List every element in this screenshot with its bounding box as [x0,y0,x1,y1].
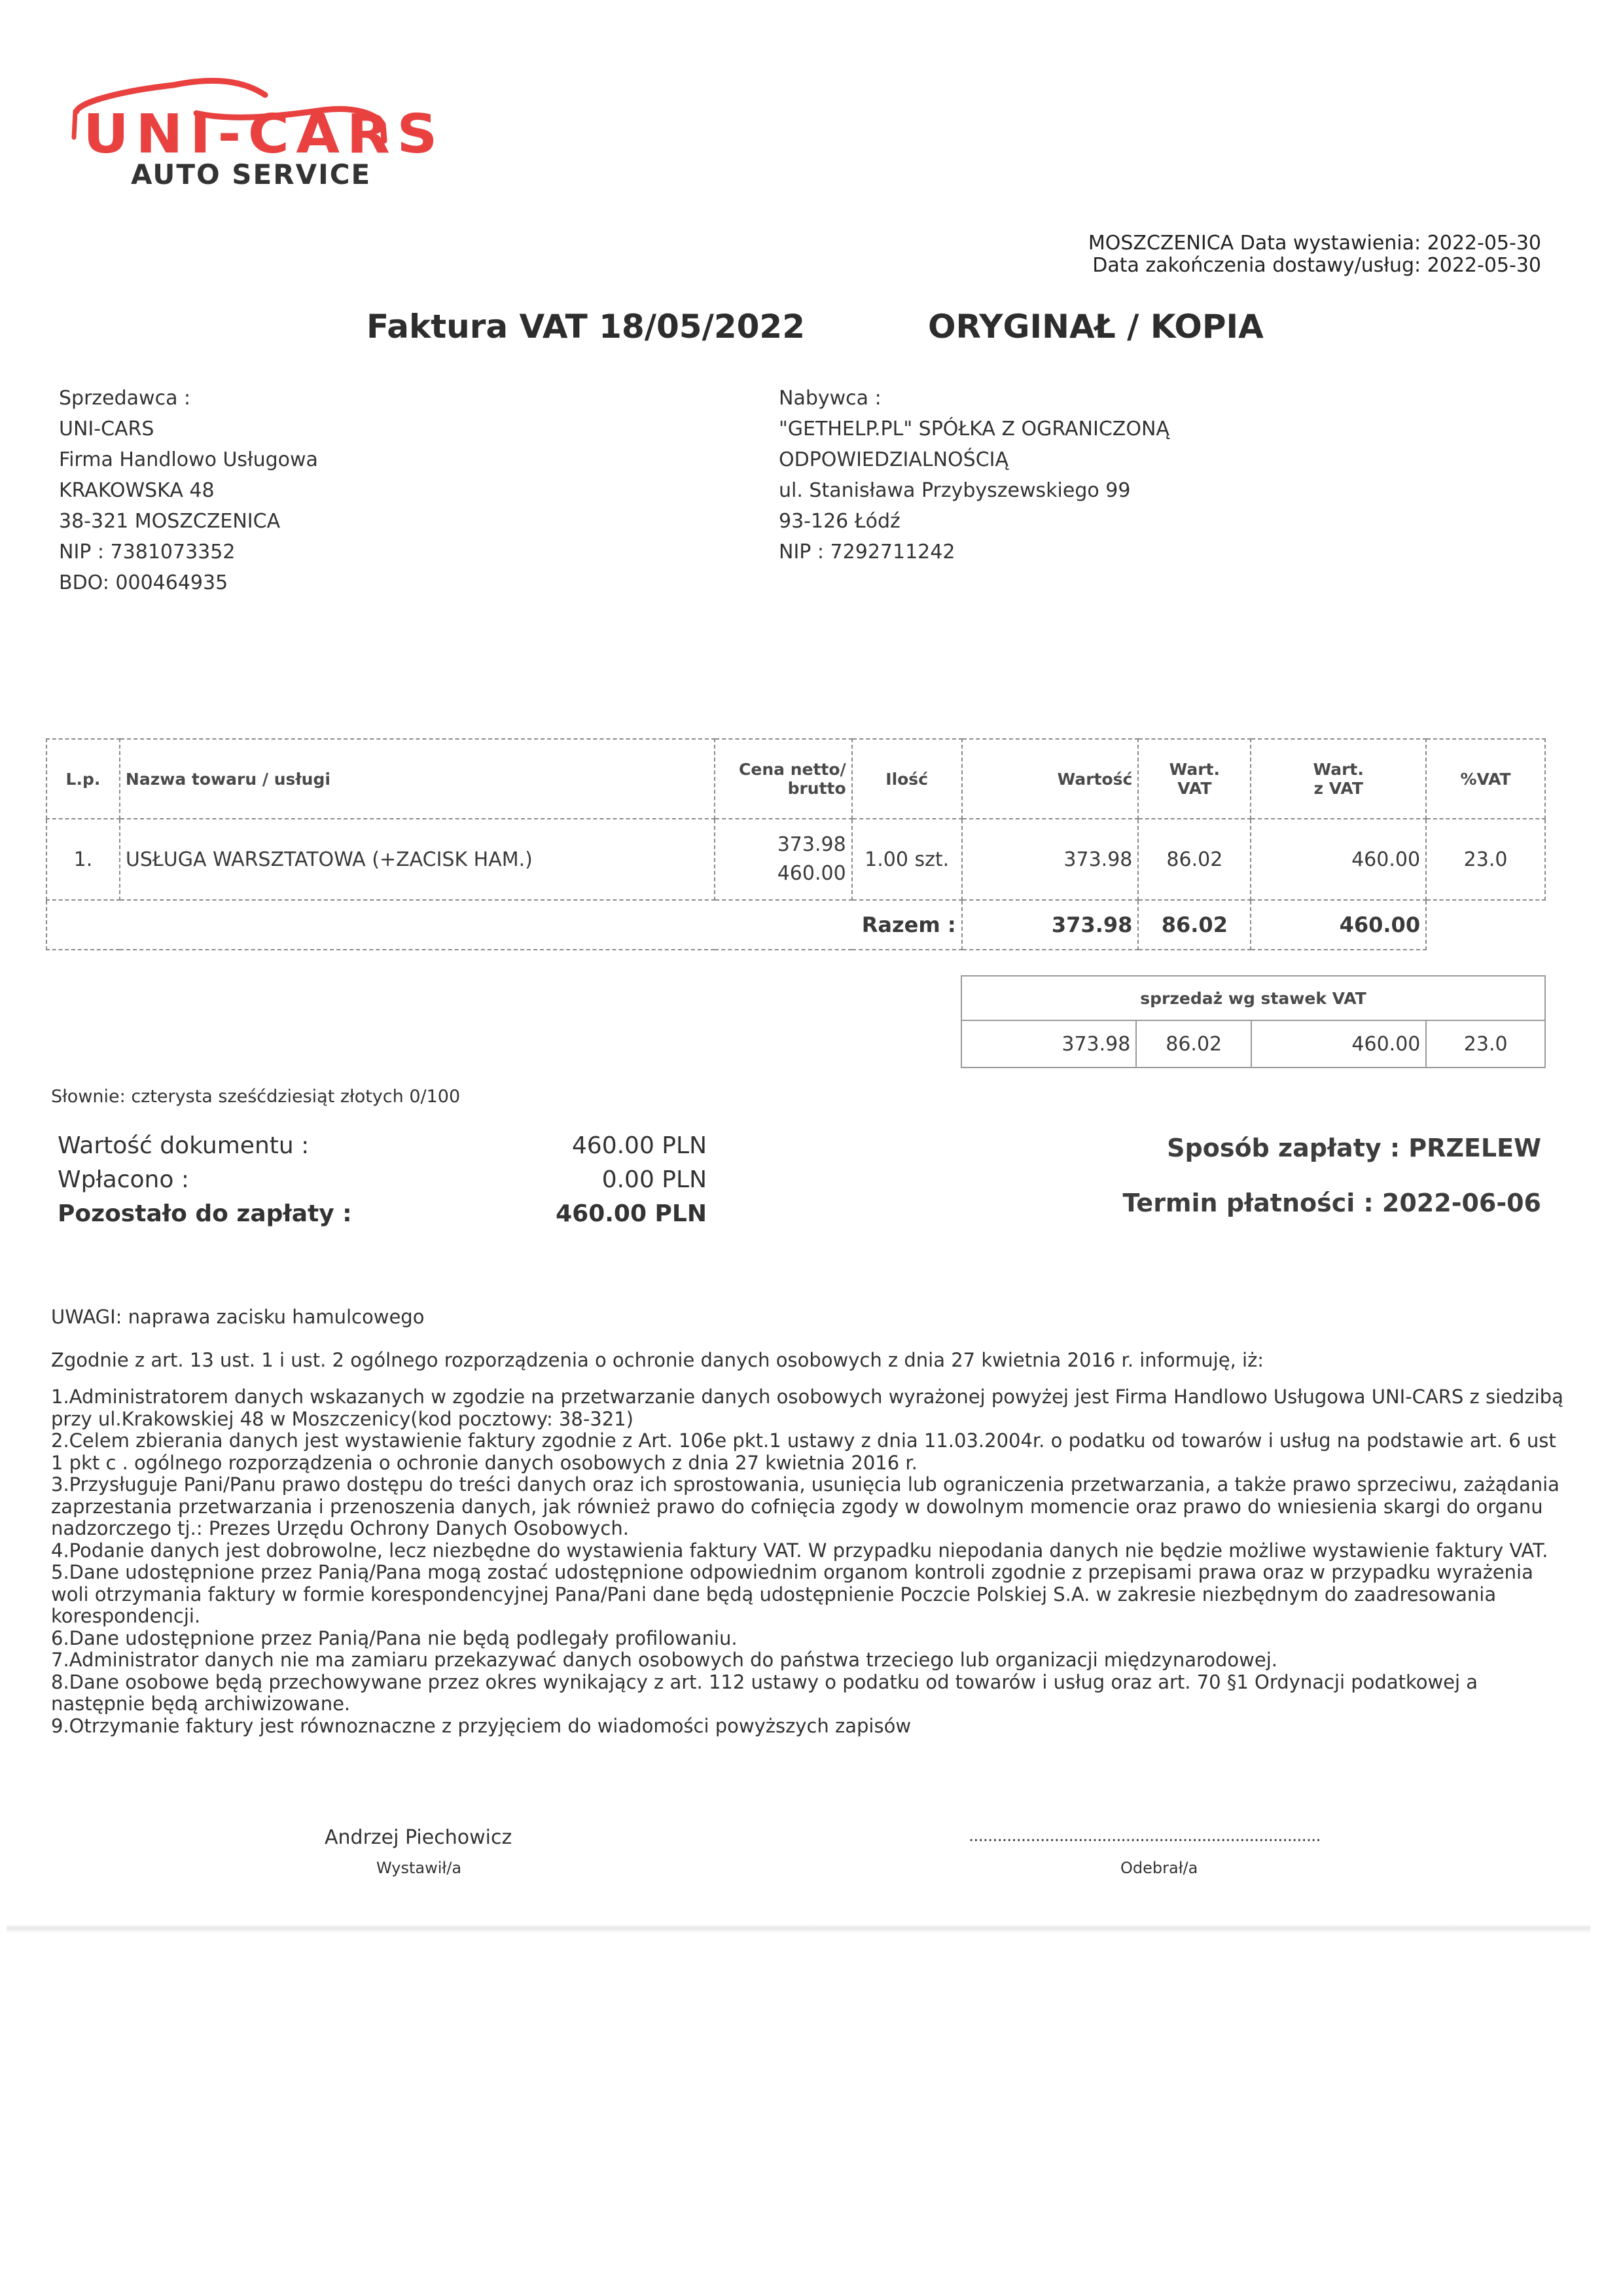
buyer-line: "GETHELP.PL" SPÓŁKA Z OGRANICZONĄ [779,414,1169,444]
table-row: 1. USŁUGA WARSZTATOWA (+ZACISK HAM.) 373… [46,819,1545,900]
vat-summary-net: 373.98 [961,1020,1136,1067]
total-value: 373.98 [962,900,1139,950]
buyer-label: Nabywca : [779,383,1169,414]
due-value: 460.00 PLN [497,1197,707,1231]
vat-summary-gross: 460.00 [1251,1020,1426,1067]
logo-wordmark: UNI-CARS [83,103,444,166]
vat-summary-title: sprzedaż wg stawek VAT [961,976,1545,1020]
cell-name: USŁUGA WARSZTATOWA (+ZACISK HAM.) [120,819,715,900]
gdpr-clause: 7.Administrator danych nie ma zamiaru pr… [51,1649,1569,1672]
gdpr-clause: 9.Otrzymanie faktury jest równoznaczne z… [51,1715,1569,1738]
header-name: Nazwa towaru / usługi [120,739,715,819]
vat-summary-rate: 23.0 [1426,1020,1545,1067]
summary-labels: Wartość dokumentu : Wpłacono : Pozostało… [58,1129,352,1231]
paid-value: 0.00 PLN [497,1163,707,1197]
cell-price-gross: 460.00 [721,859,846,888]
seller-line: 38-321 MOSZCZENICA [59,506,318,537]
buyer-line: NIP : 7292711242 [779,537,1169,567]
seller-label: Sprzedawca : [59,383,318,414]
payment-info: Sposób zapłaty : PRZELEW Termin płatnośc… [1123,1134,1541,1217]
total-vat: 86.02 [1138,900,1251,950]
header-vat-line1: Wart. [1144,760,1245,779]
header-lp: L.p. [46,739,120,819]
gdpr-clause: 8.Dane osobowe będą przechowywane przez … [51,1672,1569,1715]
gdpr-clause: 5.Dane udostępnione przez Panią/Pana mog… [51,1562,1569,1628]
due-label: Pozostało do zapłaty : [58,1197,352,1231]
seller-line: UNI-CARS [59,414,318,444]
header-price-line1: Cena netto/ [721,760,846,779]
cell-rate: 23.0 [1426,819,1545,900]
gdpr-clause: 1.Administratorem danych wskazanych w zg… [51,1386,1569,1430]
gdpr-clause: 6.Dane udostępnione przez Panią/Pana nie… [51,1628,1569,1650]
header-gross-line1: Wart. [1257,760,1420,779]
paid-label: Wpłacono : [58,1163,352,1197]
header-gross-line2: z VAT [1257,779,1420,798]
cell-lp: 1. [46,819,120,900]
total-spacer [46,900,852,950]
receiver-signature-line: ........................................… [969,1826,1321,1846]
table-header-row: L.p. Nazwa towaru / usługi Cena netto/ b… [46,739,1545,819]
seller-line: BDO: 000464935 [59,567,318,598]
header-price-line2: brutto [721,779,846,798]
cell-price-net: 373.98 [721,831,846,859]
notes: UWAGI: naprawa zacisku hamulcowego [51,1306,424,1328]
gdpr-clause: 2.Celem zbierania danych jest wystawieni… [51,1430,1569,1474]
invoice-title: Faktura VAT 18/05/2022 [366,308,805,346]
table-total-row: Razem : 373.98 86.02 460.00 [46,900,1545,950]
logo-tagline: AUTO SERVICE [131,158,371,190]
document-value-label: Wartość dokumentu : [58,1129,352,1163]
invoice-dates: MOSZCZENICA Data wystawienia: 2022-05-30… [1088,232,1541,277]
buyer-line: 93-126 Łódź [779,506,1169,537]
vat-summary-table: sprzedaż wg stawek VAT 373.98 86.02 460.… [961,975,1546,1068]
cell-price: 373.98 460.00 [715,819,852,900]
issuer-label: Wystawił/a [376,1859,461,1877]
copy-marker: ORYGINAŁ / KOPIA [928,308,1264,346]
vat-summary-header: sprzedaż wg stawek VAT [961,976,1545,1020]
payment-deadline: Termin płatności : 2022-06-06 [1123,1189,1541,1217]
vat-summary-vat: 86.02 [1136,1020,1251,1067]
gdpr-clause: 4.Podanie danych jest dobrowolne, lecz n… [51,1540,1569,1562]
seller-line: Firma Handlowo Usługowa [59,444,318,475]
scan-page-edge [7,1924,1590,1933]
buyer-line: ul. Stanisława Przybyszewskiego 99 [779,475,1169,506]
summary-values: 460.00 PLN 0.00 PLN 460.00 PLN [497,1129,707,1231]
buyer-line: ODPOWIEDZIALNOŚCIĄ [779,444,1169,475]
vat-summary-row: 373.98 86.02 460.00 23.0 [961,1020,1545,1067]
total-label: Razem : [852,900,962,950]
gdpr-clauses: 1.Administratorem danych wskazanych w zg… [51,1386,1569,1737]
receiver-label: Odebrał/a [1120,1859,1198,1877]
buyer-block: Nabywca : "GETHELP.PL" SPÓŁKA Z OGRANICZ… [779,383,1169,567]
header-vat-line2: VAT [1144,779,1245,798]
company-logo: UNI-CARS AUTO SERVICE [62,65,435,196]
header-qty: Ilość [852,739,962,819]
total-empty [1426,900,1545,950]
payment-method: Sposób zapłaty : PRZELEW [1123,1134,1541,1162]
amount-in-words: Słownie: czterysta sześćdziesiąt złotych… [51,1086,460,1107]
total-gross: 460.00 [1251,900,1426,950]
seller-line: KRAKOWSKA 48 [59,475,318,506]
issuer-name: Andrzej Piechowicz [325,1826,512,1849]
header-rate: %VAT [1426,739,1545,819]
items-table: L.p. Nazwa towaru / usługi Cena netto/ b… [46,738,1546,950]
delivery-date-line: Data zakończenia dostawy/usług: 2022-05-… [1088,255,1541,277]
gdpr-intro: Zgodnie z art. 13 ust. 1 i ust. 2 ogólne… [51,1349,1264,1371]
cell-gross: 460.00 [1251,819,1426,900]
issue-date-line: MOSZCZENICA Data wystawienia: 2022-05-30 [1088,232,1541,255]
seller-line: NIP : 7381073352 [59,537,318,567]
cell-value: 373.98 [962,819,1139,900]
header-gross: Wart. z VAT [1251,739,1426,819]
document-value: 460.00 PLN [497,1129,707,1163]
header-vat: Wart. VAT [1138,739,1251,819]
seller-block: Sprzedawca : UNI-CARS Firma Handlowo Usł… [59,383,318,598]
header-value: Wartość [962,739,1139,819]
gdpr-clause: 3.Przysługuje Pani/Panu prawo dostępu do… [51,1474,1569,1540]
cell-vat: 86.02 [1138,819,1251,900]
header-price: Cena netto/ brutto [715,739,852,819]
cell-qty: 1.00 szt. [852,819,962,900]
